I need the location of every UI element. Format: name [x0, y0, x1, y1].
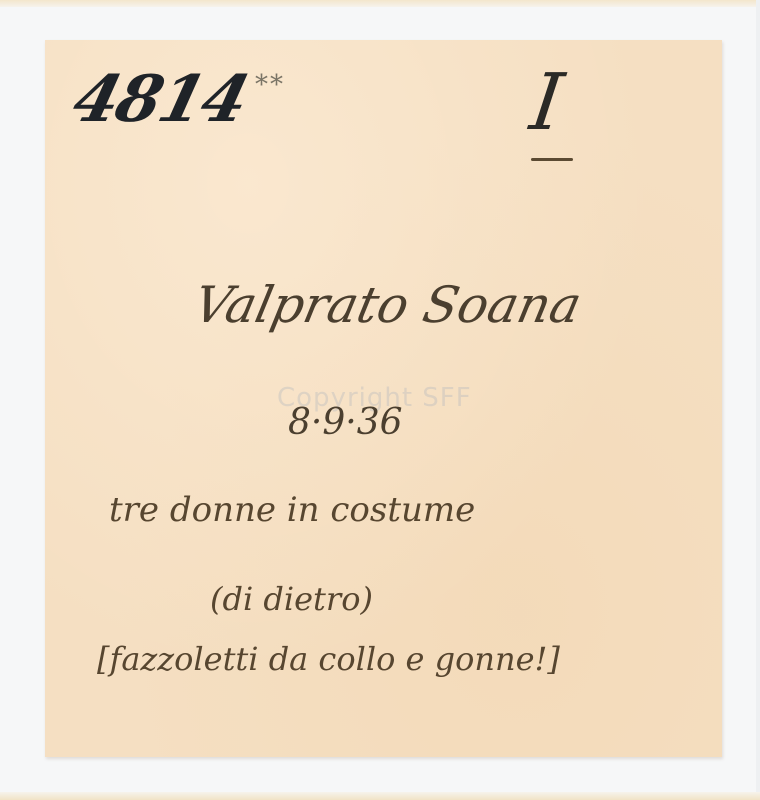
catalog-number: 4814: [66, 62, 255, 137]
series-roman-numeral: I: [516, 58, 576, 148]
archival-index-card: 4814 ** I Valprato Soana Copyright SFF 8…: [45, 40, 722, 757]
roman-numeral-underline: [531, 158, 573, 161]
caption-line-1: tre donne in costume: [109, 490, 475, 530]
mat-bottom-edge: [0, 792, 760, 800]
mat-top-edge: [0, 0, 760, 7]
catalog-asterisks: **: [255, 70, 285, 100]
mat-right-edge: [756, 0, 760, 800]
caption-line-3: [fazzoletti da collo e gonne!]: [97, 640, 560, 678]
caption-line-2: (di dietro): [210, 580, 373, 618]
place-name: Valprato Soana: [189, 276, 587, 334]
date: 8·9·36: [288, 402, 403, 443]
